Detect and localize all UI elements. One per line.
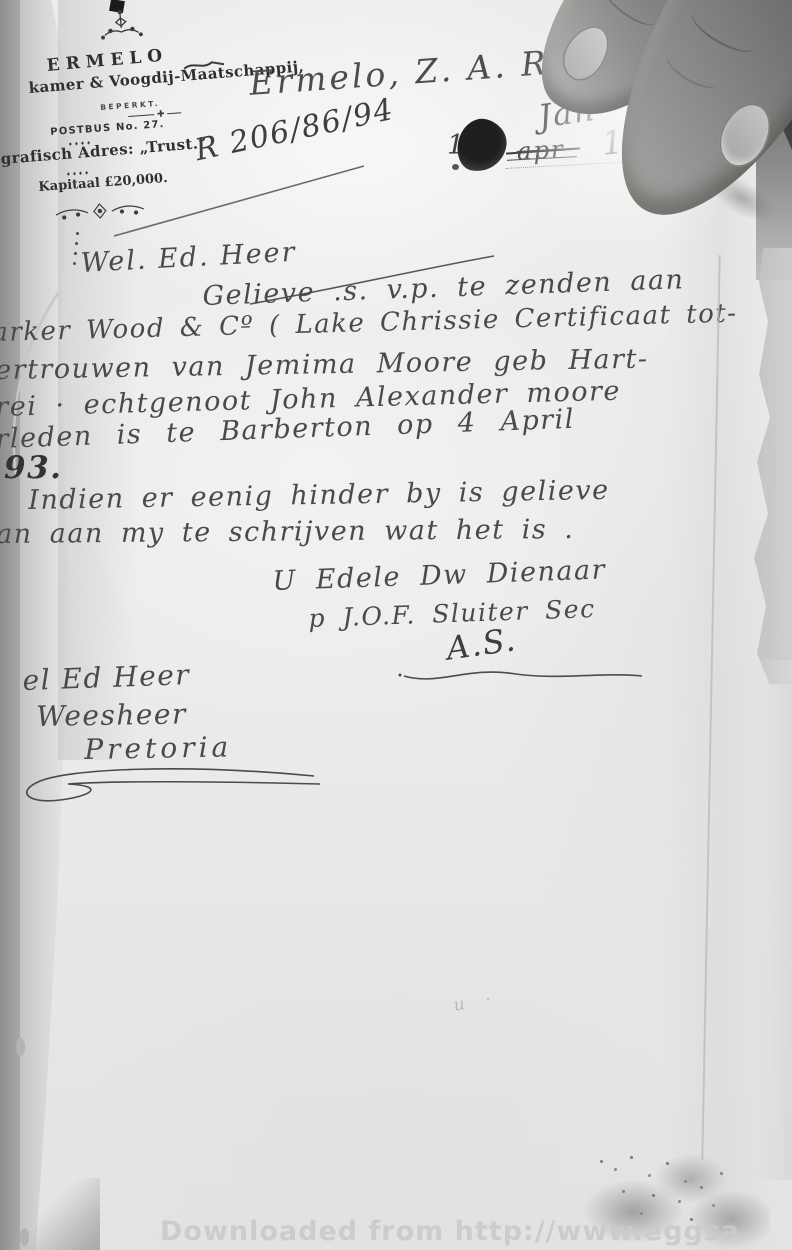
address-line: Weesheer bbox=[36, 697, 187, 733]
right-edge-mottling bbox=[742, 248, 792, 684]
divider-line-right bbox=[167, 112, 181, 114]
page-crease-line bbox=[701, 255, 720, 1160]
body-line: Indien er eenig hinder by is gelieve bbox=[28, 475, 610, 516]
letter-scan-page: ERMELO kamer & Voogdij-Maatschappij, BEP… bbox=[0, 0, 792, 1250]
body-line: an aan my te schrijven wat het is . bbox=[0, 514, 574, 550]
right-edge-shadow-low bbox=[754, 660, 792, 1180]
ink-blot-satellite bbox=[452, 164, 459, 170]
letterhead-ornament-top bbox=[97, 6, 146, 44]
letterhead-ornament-dots bbox=[76, 232, 79, 235]
address-flourish bbox=[8, 762, 328, 808]
address-line: Pretoria bbox=[84, 730, 232, 766]
ink-blot bbox=[453, 115, 511, 177]
stray-pencil-mark: u · bbox=[452, 988, 501, 1016]
closing-valediction: U Edele Dw Dienaar bbox=[272, 554, 606, 597]
binding-thread-bump bbox=[16, 1038, 25, 1056]
watermark-text: Downloaded from http://www.eggsa bbox=[160, 1216, 740, 1247]
signature-flourish bbox=[398, 660, 648, 690]
speckle-dots bbox=[600, 1160, 603, 1163]
body-line: 93. bbox=[4, 450, 62, 486]
divider-line-left bbox=[128, 114, 154, 117]
page-corner-shadow bbox=[0, 1178, 100, 1250]
reference-slash-flourish bbox=[110, 160, 370, 240]
closing-signature-line: p J.O.F. Sluiter Sec bbox=[308, 594, 596, 633]
address-line: el Ed Heer bbox=[22, 658, 191, 697]
reference-number: R 206/86/94 bbox=[192, 92, 397, 168]
